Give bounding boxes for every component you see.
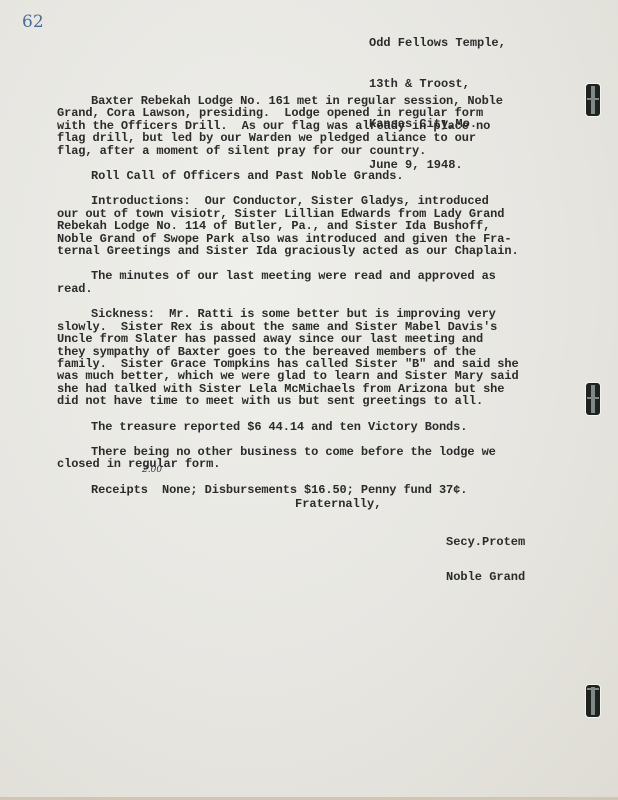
binder-clip — [586, 383, 600, 415]
paragraph: Receipts None; Disbursements $16.50; Pen… — [57, 484, 527, 496]
letterhead-line: Odd Fellows Temple, — [369, 37, 506, 51]
paragraph: There being no other business to come be… — [57, 446, 527, 471]
text-line: ternal Greetings and Sister Ida gracious… — [57, 245, 527, 257]
text-line: Receipts None; Disbursements $16.50; Pen… — [57, 484, 527, 496]
signature-line-noble-grand: Noble Grand — [446, 570, 525, 584]
text-span: flag, after a moment of silent pray for … — [57, 144, 426, 158]
text-line: Roll Call of Officers and Past Noble Gra… — [57, 170, 527, 182]
text-span: did not have time to meet with us but se… — [57, 394, 483, 408]
text-span: Roll Call of Officers and Past Noble Gra… — [91, 169, 403, 183]
text-span: ternal Greetings and Sister Ida gracious… — [57, 244, 519, 258]
page-number: 62 — [22, 12, 44, 32]
text-line: closed in regular form. — [57, 458, 527, 470]
text-line: did not have time to meet with us but se… — [57, 395, 527, 407]
paragraph: The minutes of our last meeting were rea… — [57, 270, 527, 295]
binder-clip — [586, 685, 600, 717]
paragraph: Roll Call of Officers and Past Noble Gra… — [57, 170, 527, 182]
text-span: The treasure reported $6 44.14 and ten V… — [91, 420, 467, 434]
binder-clip — [586, 84, 600, 116]
text-span: closed in regular form. — [57, 457, 220, 471]
closing-salutation: Fraternally, — [295, 497, 381, 511]
handwritten-annotation: 2.00 — [142, 465, 162, 475]
text-span: Receipts None; Disbursements $16.50; Pen… — [91, 483, 467, 497]
text-line: The minutes of our last meeting were rea… — [57, 270, 527, 282]
text-span: read. — [57, 282, 93, 296]
paragraph: The treasure reported $6 44.14 and ten V… — [57, 421, 527, 433]
text-line: read. — [57, 283, 527, 295]
minutes-body: Baxter Rebekah Lodge No. 161 met in regu… — [57, 95, 527, 509]
text-span: The minutes of our last meeting were rea… — [91, 269, 496, 283]
text-line: flag, after a moment of silent pray for … — [57, 145, 527, 157]
paragraph: Baxter Rebekah Lodge No. 161 met in regu… — [57, 95, 527, 157]
signature-line-secretary: Secy.Protem — [446, 535, 525, 549]
text-line: The treasure reported $6 44.14 and ten V… — [57, 421, 527, 433]
paragraph: Sickness: Mr. Ratti is some better but i… — [57, 308, 527, 407]
letterhead-line: 13th & Troost, — [369, 78, 506, 92]
document-page: 62 Odd Fellows Temple, 13th & Troost, Ka… — [0, 0, 618, 800]
paragraph: Introductions: Our Conductor, Sister Gla… — [57, 195, 527, 257]
